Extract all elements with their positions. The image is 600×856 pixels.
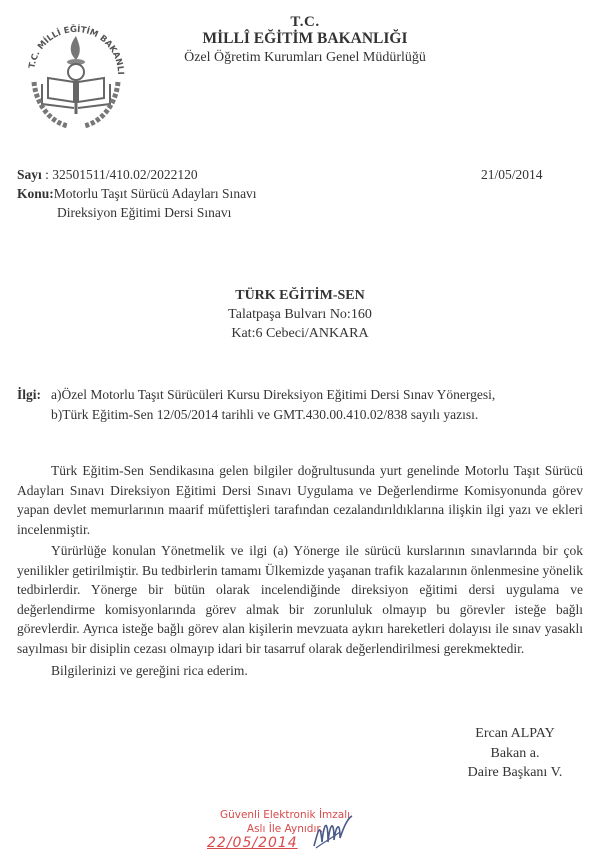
- signatory-title-2: Daire Başkanı V.: [440, 763, 590, 783]
- reference-line-a: İlgi:a)Özel Motorlu Taşıt Sürücüleri Kur…: [17, 385, 495, 405]
- ministry-logo: T.C. MİLLİ EĞİTİM BAKANLIĞI: [20, 4, 132, 132]
- reference-item: a)Özel Motorlu Taşıt Sürücüleri Kursu Di…: [51, 387, 495, 402]
- body-paragraph-1: Türk Eğitim-Sen Sendikasına gelen bilgil…: [17, 461, 583, 539]
- sayi-value: : 32501511/410.02/2022120: [45, 167, 198, 182]
- konu-line2: Direksiyon Eğitimi Dersi Sınavı: [57, 203, 231, 222]
- recipient-name: TÜRK EĞİTİM-SEN: [150, 286, 450, 305]
- subject: Konu:Motorlu Taşıt Sürücü Adayları Sınav…: [17, 184, 257, 203]
- header-ministry: MİLLÎ EĞİTİM BAKANLIĞI: [160, 30, 450, 48]
- konu-label: Konu:: [17, 186, 54, 201]
- sayi-label: Sayı: [17, 167, 42, 182]
- body-paragraph-2: Yürürlüğe konulan Yönetmelik ve ilgi (a)…: [17, 541, 583, 658]
- recipient-address-1: Talatpaşa Bulvarı No:160: [150, 305, 450, 324]
- ilgi-label: İlgi:: [17, 385, 51, 405]
- document-date: 21/05/2014: [481, 165, 543, 184]
- body-paragraph-3: Bilgilerinizi ve gereğini rica ederim.: [17, 661, 583, 681]
- header-tc: T.C.: [160, 14, 450, 31]
- handwritten-signature-icon: [310, 812, 355, 852]
- reference-line-b: b)Türk Eğitim-Sen 12/05/2014 tarihli ve …: [17, 405, 495, 425]
- ministry-seal-icon: T.C. MİLLİ EĞİTİM BAKANLIĞI: [20, 4, 132, 132]
- reference-block: İlgi:a)Özel Motorlu Taşıt Sürücüleri Kur…: [17, 385, 495, 425]
- reference-item: b)Türk Eğitim-Sen 12/05/2014 tarihli ve …: [51, 407, 478, 422]
- signatory-title-1: Bakan a.: [440, 744, 590, 764]
- signatory-name: Ercan ALPAY: [440, 724, 590, 744]
- header-directorate: Özel Öğretim Kurumları Genel Müdürlüğü: [160, 50, 450, 66]
- konu-line1: Motorlu Taşıt Sürücü Adayları Sınavı: [54, 186, 257, 201]
- recipient-address-2: Kat:6 Cebeci/ANKARA: [150, 324, 450, 343]
- document-number: Sayı : 32501511/410.02/2022120: [17, 165, 198, 184]
- signature-block: Ercan ALPAY Bakan a. Daire Başkanı V.: [440, 724, 590, 783]
